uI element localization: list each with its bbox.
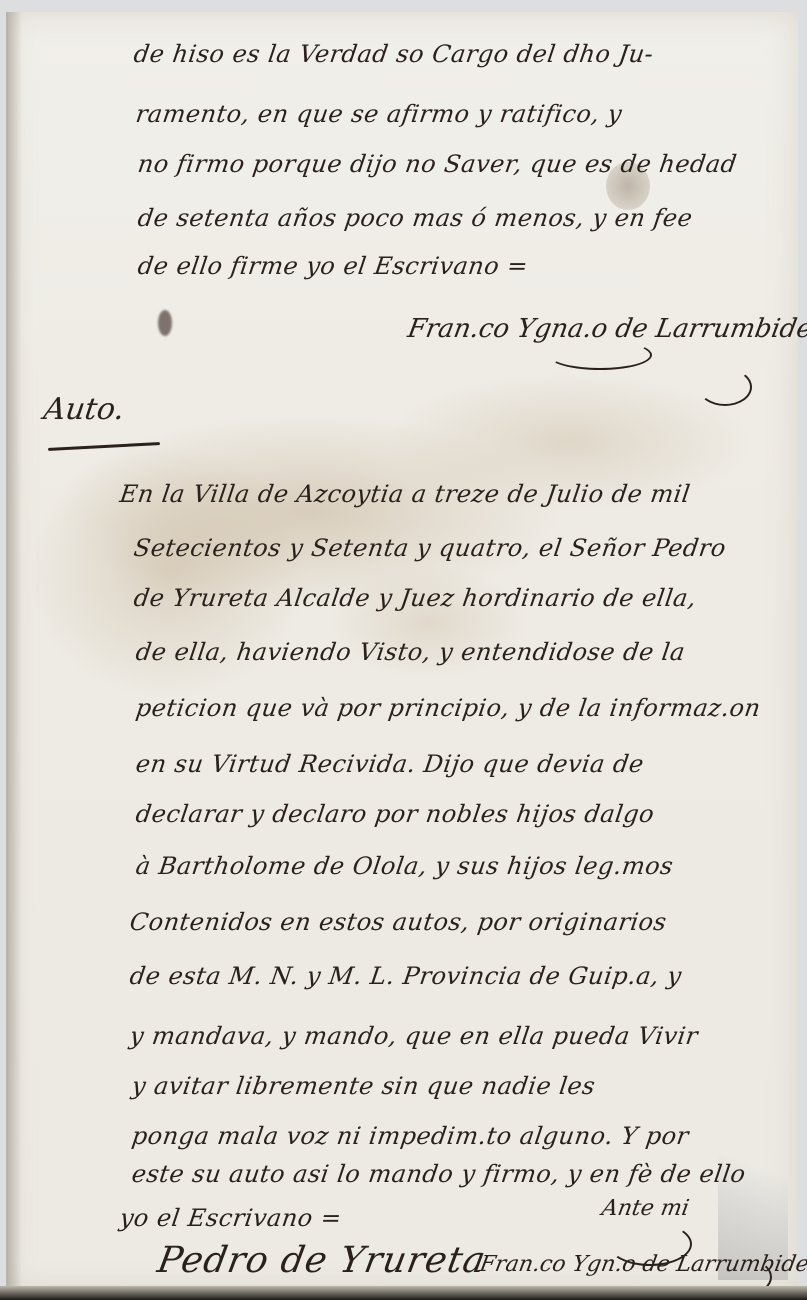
text-line: Setecientos y Setenta y quatro, el Señor… (132, 534, 728, 562)
text-line: de Yrureta Alcalde y Juez hordinario de … (132, 584, 698, 612)
text-line: de setenta años poco mas ó menos, y en f… (136, 204, 694, 232)
text-line: ramento, en que se afirmo y ratifico, y (134, 100, 624, 128)
page-bottom-edge (0, 1286, 807, 1300)
text-line: en su Virtud Recivida. Dijo que devia de (134, 750, 646, 778)
auto-heading: Auto. (42, 392, 127, 427)
signature-pedro-yrureta: Pedro de Yrureta (154, 1240, 489, 1281)
binding-shadow (8, 12, 22, 1292)
ink-blot (158, 310, 172, 336)
signature-rubric (548, 340, 652, 370)
text-line: Contenidos en estos autos, por originari… (128, 908, 668, 936)
text-line: de hiso es la Verdad so Cargo del dho Ju… (132, 40, 655, 68)
heading-underline (48, 442, 160, 451)
text-line: à Bartholome de Olola, y sus hijos leg.m… (134, 852, 675, 880)
text-line: ponga mala voz ni impedim.to alguno. Y p… (130, 1122, 691, 1150)
text-line: declarar y declaro por nobles hijos dalg… (134, 800, 656, 828)
manuscript-page: de hiso es la Verdad so Cargo del dho Ju… (6, 12, 798, 1292)
text-line: peticion que và por principio, y de la i… (134, 694, 763, 722)
text-line: y mandava, y mando, que en ella pueda Vi… (128, 1022, 700, 1050)
text-line: no firmo porque dijo no Saver, que es de… (136, 150, 739, 178)
text-line: yo el Escrivano = (118, 1204, 344, 1232)
signature-rubric (608, 1222, 692, 1266)
text-line: de ella, haviendo Visto, y entendidose d… (134, 638, 687, 666)
text-line: En la Villa de Azcoytia a treze de Julio… (118, 480, 692, 508)
text-line: de esta M. N. y M. L. Provincia de Guip.… (128, 962, 683, 990)
text-line: este su auto asi lo mando y firmo, y en … (130, 1160, 748, 1188)
text-line: de ello firme yo el Escrivano = (136, 252, 530, 280)
text-line: y avitar libremente sin que nadie les (130, 1072, 597, 1100)
signature-ante-mi: Ante mi (600, 1196, 691, 1221)
signature-flourish (698, 368, 752, 406)
